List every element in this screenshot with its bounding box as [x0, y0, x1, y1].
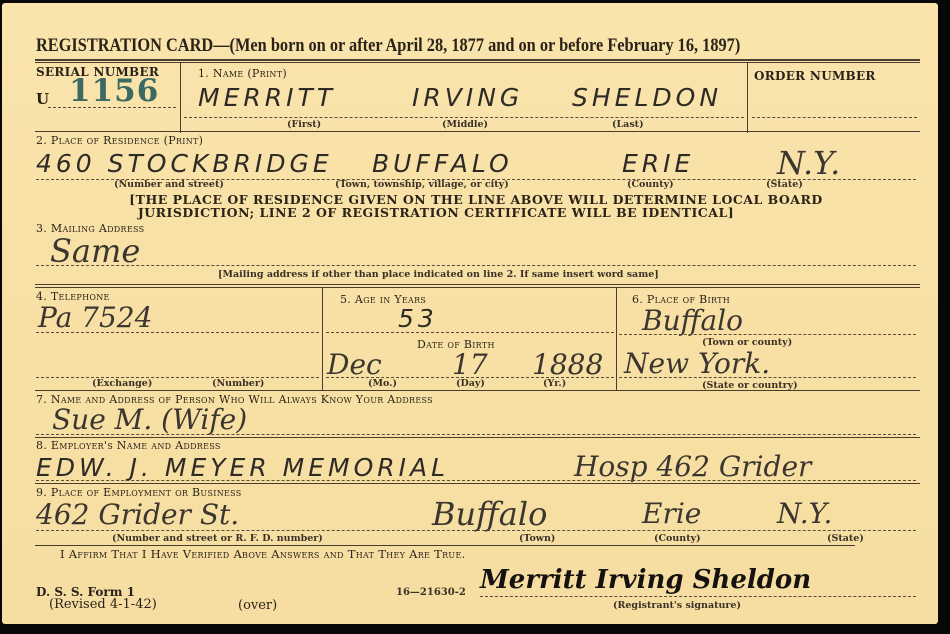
serial-prefix: U — [36, 90, 49, 108]
telephone-value: Pa 7524 — [38, 301, 152, 334]
residence-street-caption: (Number and street) — [114, 179, 224, 190]
telephone-number-caption: (Number) — [212, 378, 264, 389]
employment-street-value: 462 Grider St. — [36, 498, 239, 531]
residence-label: 2. Place of Residence (Print) — [36, 134, 203, 147]
dob-day-caption: (Day) — [456, 378, 485, 389]
dob-year-caption: (Yr.) — [543, 378, 566, 389]
employment-county-value: Erie — [642, 497, 701, 530]
registrant-signature: Merritt Irving Sheldon — [480, 565, 811, 595]
over-note: (over) — [238, 598, 277, 613]
employer-label: 8. Employer's Name and Address — [36, 439, 221, 452]
employment-street-caption: (Number and street or R. F. D. number) — [112, 533, 323, 544]
title-rule — [35, 59, 920, 61]
serial-number-value: 1156 — [69, 73, 159, 109]
order-number-label: ORDER NUMBER — [754, 69, 876, 83]
employment-town-value: Buffalo — [432, 495, 547, 533]
print-code: 16—21630-2 — [396, 587, 466, 598]
residence-town-value: BUFFALO — [372, 149, 513, 178]
employer-address-value: Hosp 462 Grider — [574, 450, 811, 483]
name-middle-value: IRVING — [412, 83, 523, 112]
order-number-field — [752, 117, 917, 118]
employment-county-caption: (County) — [654, 533, 701, 544]
age-value: 53 — [398, 304, 438, 333]
name-label: 1. Name (Print) — [198, 67, 287, 80]
name-middle-caption: (Middle) — [442, 119, 488, 130]
residence-state-caption: (State) — [766, 179, 803, 190]
card-title: REGISTRATION CARD—(Men born on or after … — [36, 35, 740, 57]
affirmation-text: I Affirm That I Have Verified Above Answ… — [60, 547, 466, 561]
name-first-caption: (First) — [287, 119, 321, 130]
name-last-caption: (Last) — [612, 119, 644, 130]
dob-month-caption: (Mo.) — [368, 378, 397, 389]
serial-divider — [180, 63, 181, 133]
employer-name-value: EDW. J. MEYER MEMORIAL — [36, 453, 449, 482]
telephone-exchange-caption: (Exchange) — [92, 378, 152, 389]
employment-state-caption: (State) — [827, 533, 864, 544]
signature-caption: (Registrant's signature) — [613, 600, 741, 611]
employment-town-caption: (Town) — [519, 533, 555, 544]
residence-state-value: N.Y. — [777, 144, 840, 182]
title-rule-thin — [35, 62, 920, 63]
order-divider — [747, 63, 748, 133]
name-last-value: SHELDON — [572, 83, 722, 112]
registration-card: REGISTRATION CARD—(Men born on or after … — [2, 3, 938, 624]
residence-county-value: ERIE — [622, 149, 694, 178]
residence-town-caption: (Town, township, village, or city) — [335, 179, 509, 190]
birthplace-state-value: New York. — [624, 347, 770, 380]
employment-state-value: N.Y. — [777, 497, 832, 530]
name-first-value: MERRITT — [198, 83, 336, 112]
form-revision: (Revised 4-1-42) — [49, 597, 157, 612]
mailing-address-caption: [Mailing address if other than place ind… — [218, 269, 659, 280]
birthplace-town-value: Buffalo — [642, 304, 743, 337]
contact-person-value: Sue M. (Wife) — [52, 403, 247, 436]
residence-notice-line2: JURISDICTION; LINE 2 OF REGISTRATION CER… — [36, 206, 836, 219]
residence-street-value: 460 STOCKBRIDGE — [36, 149, 333, 178]
residence-county-caption: (County) — [627, 179, 674, 190]
